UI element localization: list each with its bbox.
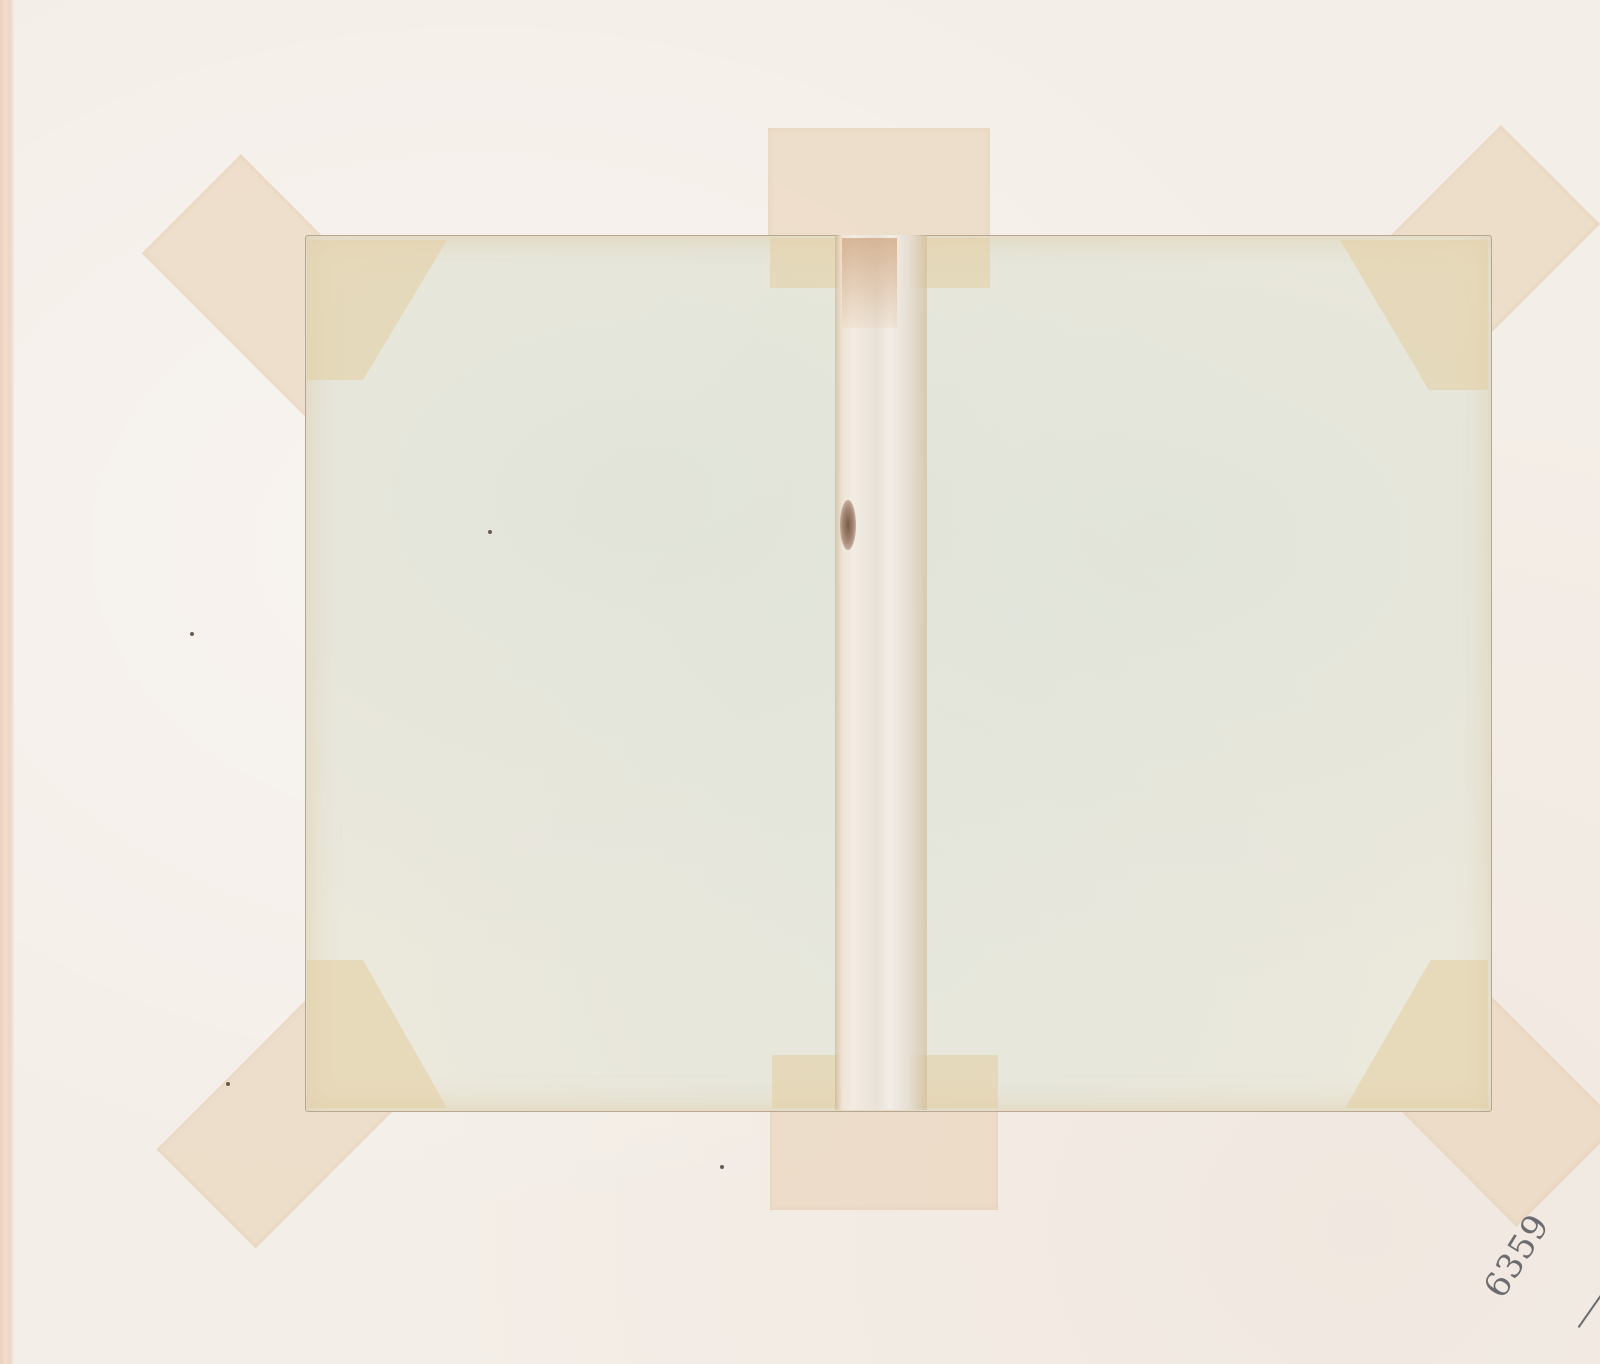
- speck: [226, 1082, 230, 1086]
- speck: [488, 530, 492, 534]
- center-fold-strip: [835, 235, 927, 1110]
- fold-tear: [840, 500, 856, 550]
- speck: [190, 632, 194, 636]
- fold-stain: [842, 238, 897, 328]
- speck: [720, 1165, 724, 1169]
- board-left-edge: [0, 0, 14, 1364]
